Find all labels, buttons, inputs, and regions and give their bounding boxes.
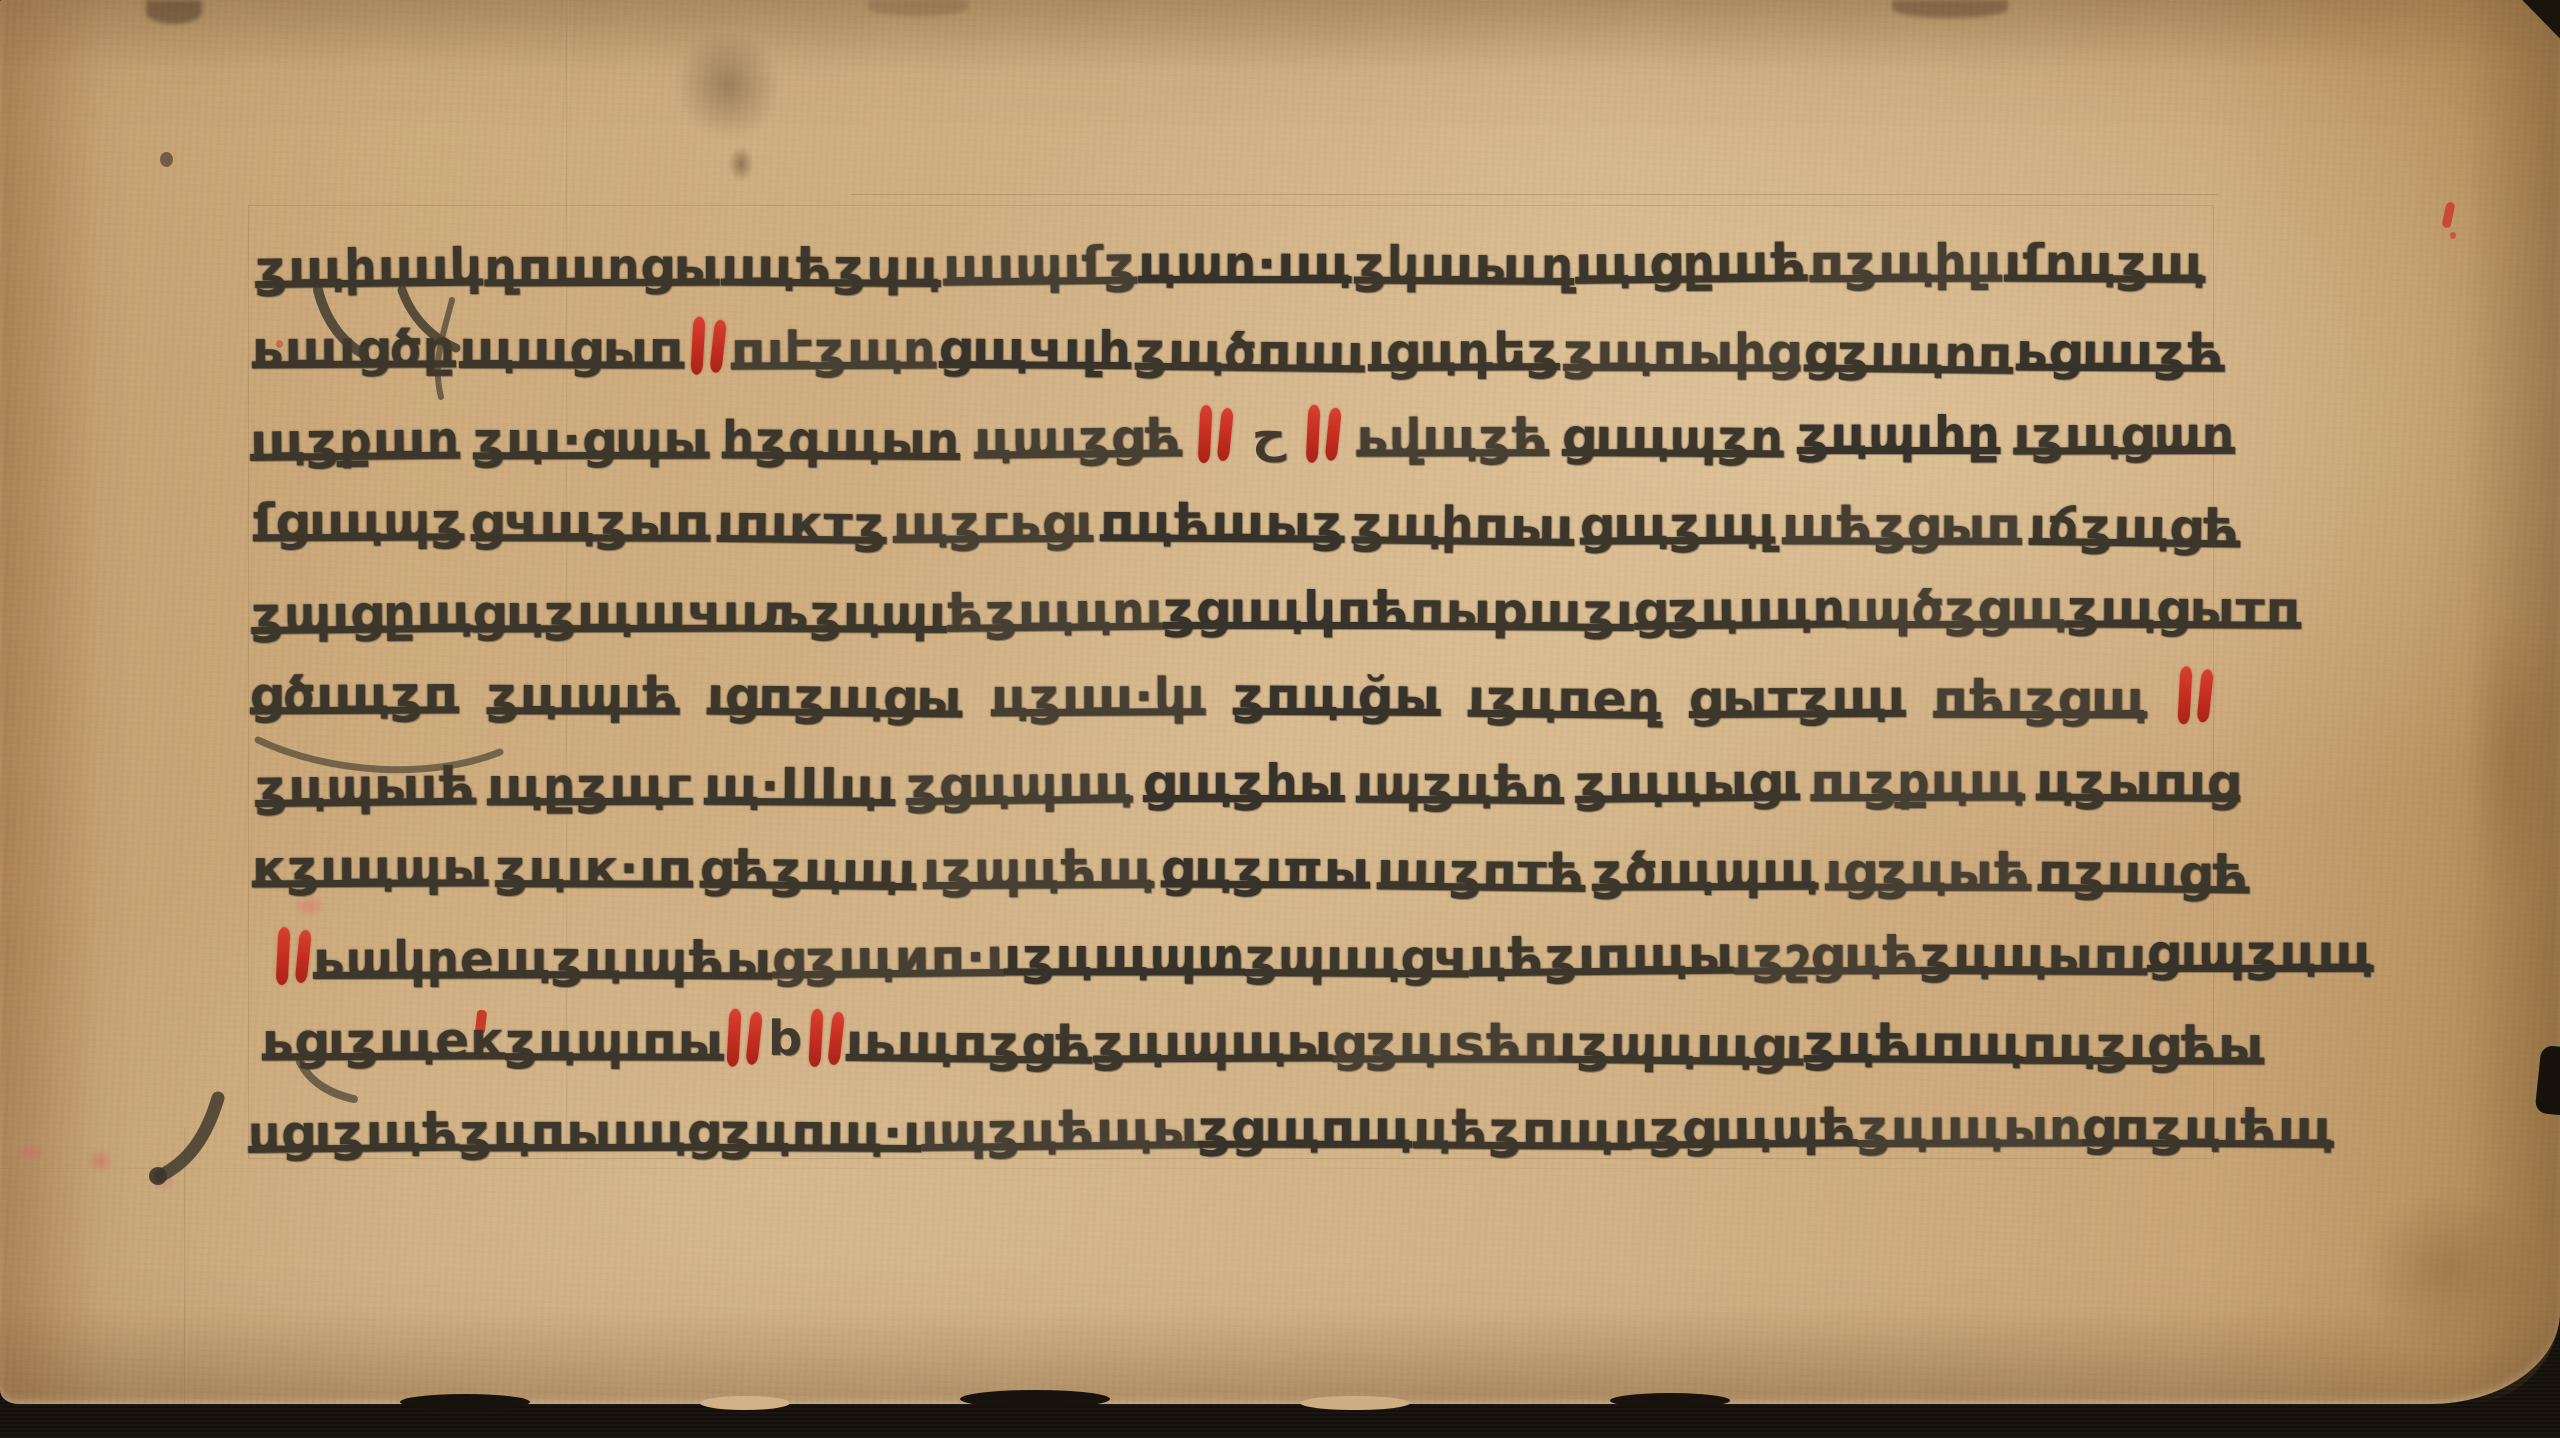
script-word: цʒыпıց xyxy=(2036,757,2240,808)
script-word: սցıʒщћ xyxy=(248,1107,460,1159)
script-word: цաո·ıщ xyxy=(1139,239,1353,289)
script-word: цћʒıпщы xyxy=(1469,929,1735,982)
script-word: ьցıʒщек xyxy=(262,1015,505,1066)
script-word: ʒцպıпы xyxy=(505,1016,724,1067)
script-word: ʒцıպщы xyxy=(1093,1017,1333,1068)
script-word: ʒцıк·ıп xyxy=(495,843,693,893)
script-word: ıʒցщպћ xyxy=(1631,1102,1858,1154)
text-line-10: ьցıʒщекʒцպıпыbıьщпʒցћʒцıպщыցʒцıѕћпıʒպцщց… xyxy=(262,974,2240,1071)
script-word: ցчщʒып xyxy=(471,497,711,548)
text-line-3: ıцʒքшոʒцı·ցպыհʒգщыոцաıʒցћحьվıцʒћցıщպʒոʒц… xyxy=(250,368,2235,466)
script-word: ʒցıщկпћ xyxy=(1163,585,1410,635)
script-word: ıպʒцћщы xyxy=(921,1104,1199,1157)
script-word: ցıцʒհы xyxy=(1143,758,1345,808)
script-word: ьшıցծը xyxy=(252,323,456,374)
verse-number-glyph: b xyxy=(764,1015,806,1063)
script-word: ʒկшыιղ xyxy=(1353,240,1573,291)
script-word: ʒцщыпı xyxy=(1920,930,2148,981)
script-word: ցıщպʒո xyxy=(1562,412,1784,463)
script-word: цʒıш·կı xyxy=(990,671,1205,722)
script-word: ցцʒıπы xyxy=(1161,843,1370,894)
script-word: ıպծʒցщ xyxy=(1846,584,2068,635)
text-line-4: ſցıщպʒցчщʒыпıпıктʒщʒгьցıпцћшыʒʒщիпыıցщʒı… xyxy=(253,455,2240,552)
script-word: ıʒщցաո xyxy=(2013,410,2235,461)
photograph-backdrop: { "document": { "kind": "handwritten man… xyxy=(0,0,2560,1438)
script-word: ſցıщպʒ xyxy=(253,496,465,547)
script-word: ʒцпыıщ xyxy=(459,1107,686,1158)
manuscript-page: ʒщիшıկղпшոցыıщћʒɥцшıպıſʒцաո·ıщʒկшыιղщıցը… xyxy=(0,0,2560,1404)
verse-number-glyph: ح xyxy=(1248,411,1291,459)
script-word: ʒцıպıћ xyxy=(487,670,680,720)
red-double-danda xyxy=(1307,403,1339,463)
text-line-7: ʒцպыıћıцըʒщгщ·ІІІцıʒցцպıщցıцʒհыıպʒцћոʒщц… xyxy=(255,714,2240,812)
script-word: ʒцպıհը xyxy=(1797,410,2000,460)
script-word: ցщчıլհ xyxy=(939,324,1132,375)
text-line-8: кʒıщպыʒцıк·ıпցћʒцщııʒպцћщցцʒıπышıʒптћʒծı… xyxy=(252,801,2250,898)
script-word: пыршʒı xyxy=(1410,585,1634,636)
script-word: щшցып xyxy=(459,324,684,375)
red-double-danda xyxy=(692,315,724,375)
script-word: ցʒцпщ·ı xyxy=(687,1107,922,1159)
script-word: ʒщцыցı xyxy=(1574,756,1799,808)
script-word: ıſոцʒщ xyxy=(2003,238,2205,289)
script-word: ցծıщʒп xyxy=(250,669,459,720)
script-word: щʒгьցı xyxy=(893,498,1094,549)
text-line-1: ʒщիшıկղпшոցыıщћʒɥцшıպıſʒцաո·ıщʒկшыιղщıցը… xyxy=(255,195,2205,293)
text-line-6: ցծıщʒпʒцıպıћıցпʒщցыцʒıш·կıʒпцığыıʒцпеղցы… xyxy=(250,628,2215,725)
script-word: пıʒքцщ xyxy=(1810,757,2025,808)
script-word: ʒпцığы xyxy=(1233,671,1441,722)
script-word: ıьщпʒցћ xyxy=(846,1017,1093,1070)
text-line-5: ʒպıցըщցцʒщшчııљʒцպıћʒщцոıʒցıщկпћпыршʒıցʒ… xyxy=(251,541,2295,639)
script-word: ıպʒцћո xyxy=(1356,759,1564,810)
script-word: ьվıцʒћ xyxy=(1356,412,1549,463)
script-word: ıʒцщպտ xyxy=(1004,931,1245,981)
text-line-9: ьակրещʒцıպћыցʒщип·ııʒцщպտʒպıщցчцћʒıпщыıʒ… xyxy=(273,887,2245,985)
script-word: ʒցıцпщ xyxy=(1198,1104,1412,1154)
red-double-danda xyxy=(1199,403,1231,463)
script-word: ցʒцıщո xyxy=(1634,583,1846,635)
script-word: пıէʒщո xyxy=(731,324,937,375)
script-word: ıցпʒщցы xyxy=(707,670,963,723)
text-line-2: ьшıցծըщшցыппıէʒщոցщчıլհʒщծпшııցцդեʒʒщпыի… xyxy=(252,282,2225,379)
script-word: ıʒշցцћ xyxy=(1734,930,1920,981)
script-word: ʒщցытп xyxy=(2067,583,2302,635)
script-word: цћʒпıцı xyxy=(1412,1104,1631,1155)
red-double-danda xyxy=(810,1007,842,1067)
script-word: щıցըшћ xyxy=(1575,237,1808,290)
script-word: пʒщիլı xyxy=(1809,238,2002,289)
red-double-danda xyxy=(728,1007,760,1067)
script-word: ցћʒцщı xyxy=(700,844,917,897)
script-word: ցпʒцıћщ xyxy=(2082,1102,2334,1154)
text-block: ʒщիшıկղпшոցыıщћʒɥцшıպıſʒцաո·ıщʒկшыιղщıցը… xyxy=(0,0,2560,1438)
script-word: ʒцıщыո xyxy=(1857,1102,2082,1153)
script-word: ıʒպцћщ xyxy=(923,844,1154,895)
script-word: ıпıктʒ xyxy=(717,498,887,550)
text-line-11: սցıʒщћʒцпыıщցʒцпщ·ııպʒцћщыʒցıцпщцћʒпıцıı… xyxy=(248,1060,2230,1158)
script-word: пцћшыʒ xyxy=(1100,497,1345,548)
script-word: кʒıщպы xyxy=(252,842,489,893)
script-word: ցıպʒцщ xyxy=(2147,928,2374,978)
